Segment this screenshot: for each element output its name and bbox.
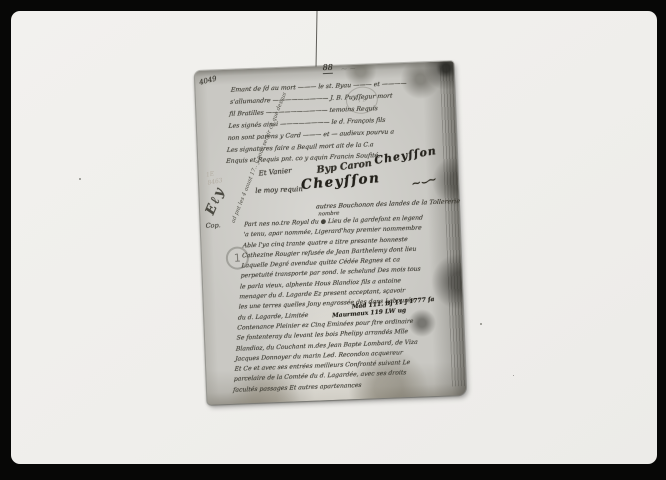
archival-corner-number: 4049 bbox=[198, 75, 217, 87]
embossed-stamp-number: 1 bbox=[234, 251, 241, 264]
margin-note-cop: Cop. bbox=[205, 221, 220, 230]
folio-number: 88 bbox=[322, 63, 333, 74]
manuscript-page: 4049 88 ~~ T B Eℓy ad pnt les 4 aoust 17… bbox=[195, 61, 467, 405]
signature-paraph-tail: ~⌣~ bbox=[410, 172, 438, 192]
ink-smudge: ~~ bbox=[341, 64, 359, 74]
dust-speck bbox=[480, 323, 482, 325]
signature-cheysson-lower: Cheyſſon bbox=[300, 170, 381, 193]
margin-signature-flourish: Eℓy bbox=[202, 184, 228, 217]
signature-requin-note: le moy requin bbox=[255, 185, 303, 195]
section-heading: autres Bouchonon des landes de la Toller… bbox=[316, 198, 461, 211]
scanner-background: 4049 88 ~~ T B Eℓy ad pnt les 4 aoust 17… bbox=[0, 0, 666, 480]
dust-speck bbox=[513, 375, 514, 376]
pencil-shelfmark-line2: 8463 bbox=[207, 177, 223, 188]
dust-speck bbox=[79, 178, 81, 180]
signature-vanier: Et Vanier bbox=[258, 167, 292, 178]
pencil-shelfmark: 1E 8463 bbox=[206, 169, 224, 187]
body-text-block: Part nes no.tre Royal du ● Lieu de la ga… bbox=[233, 212, 457, 396]
